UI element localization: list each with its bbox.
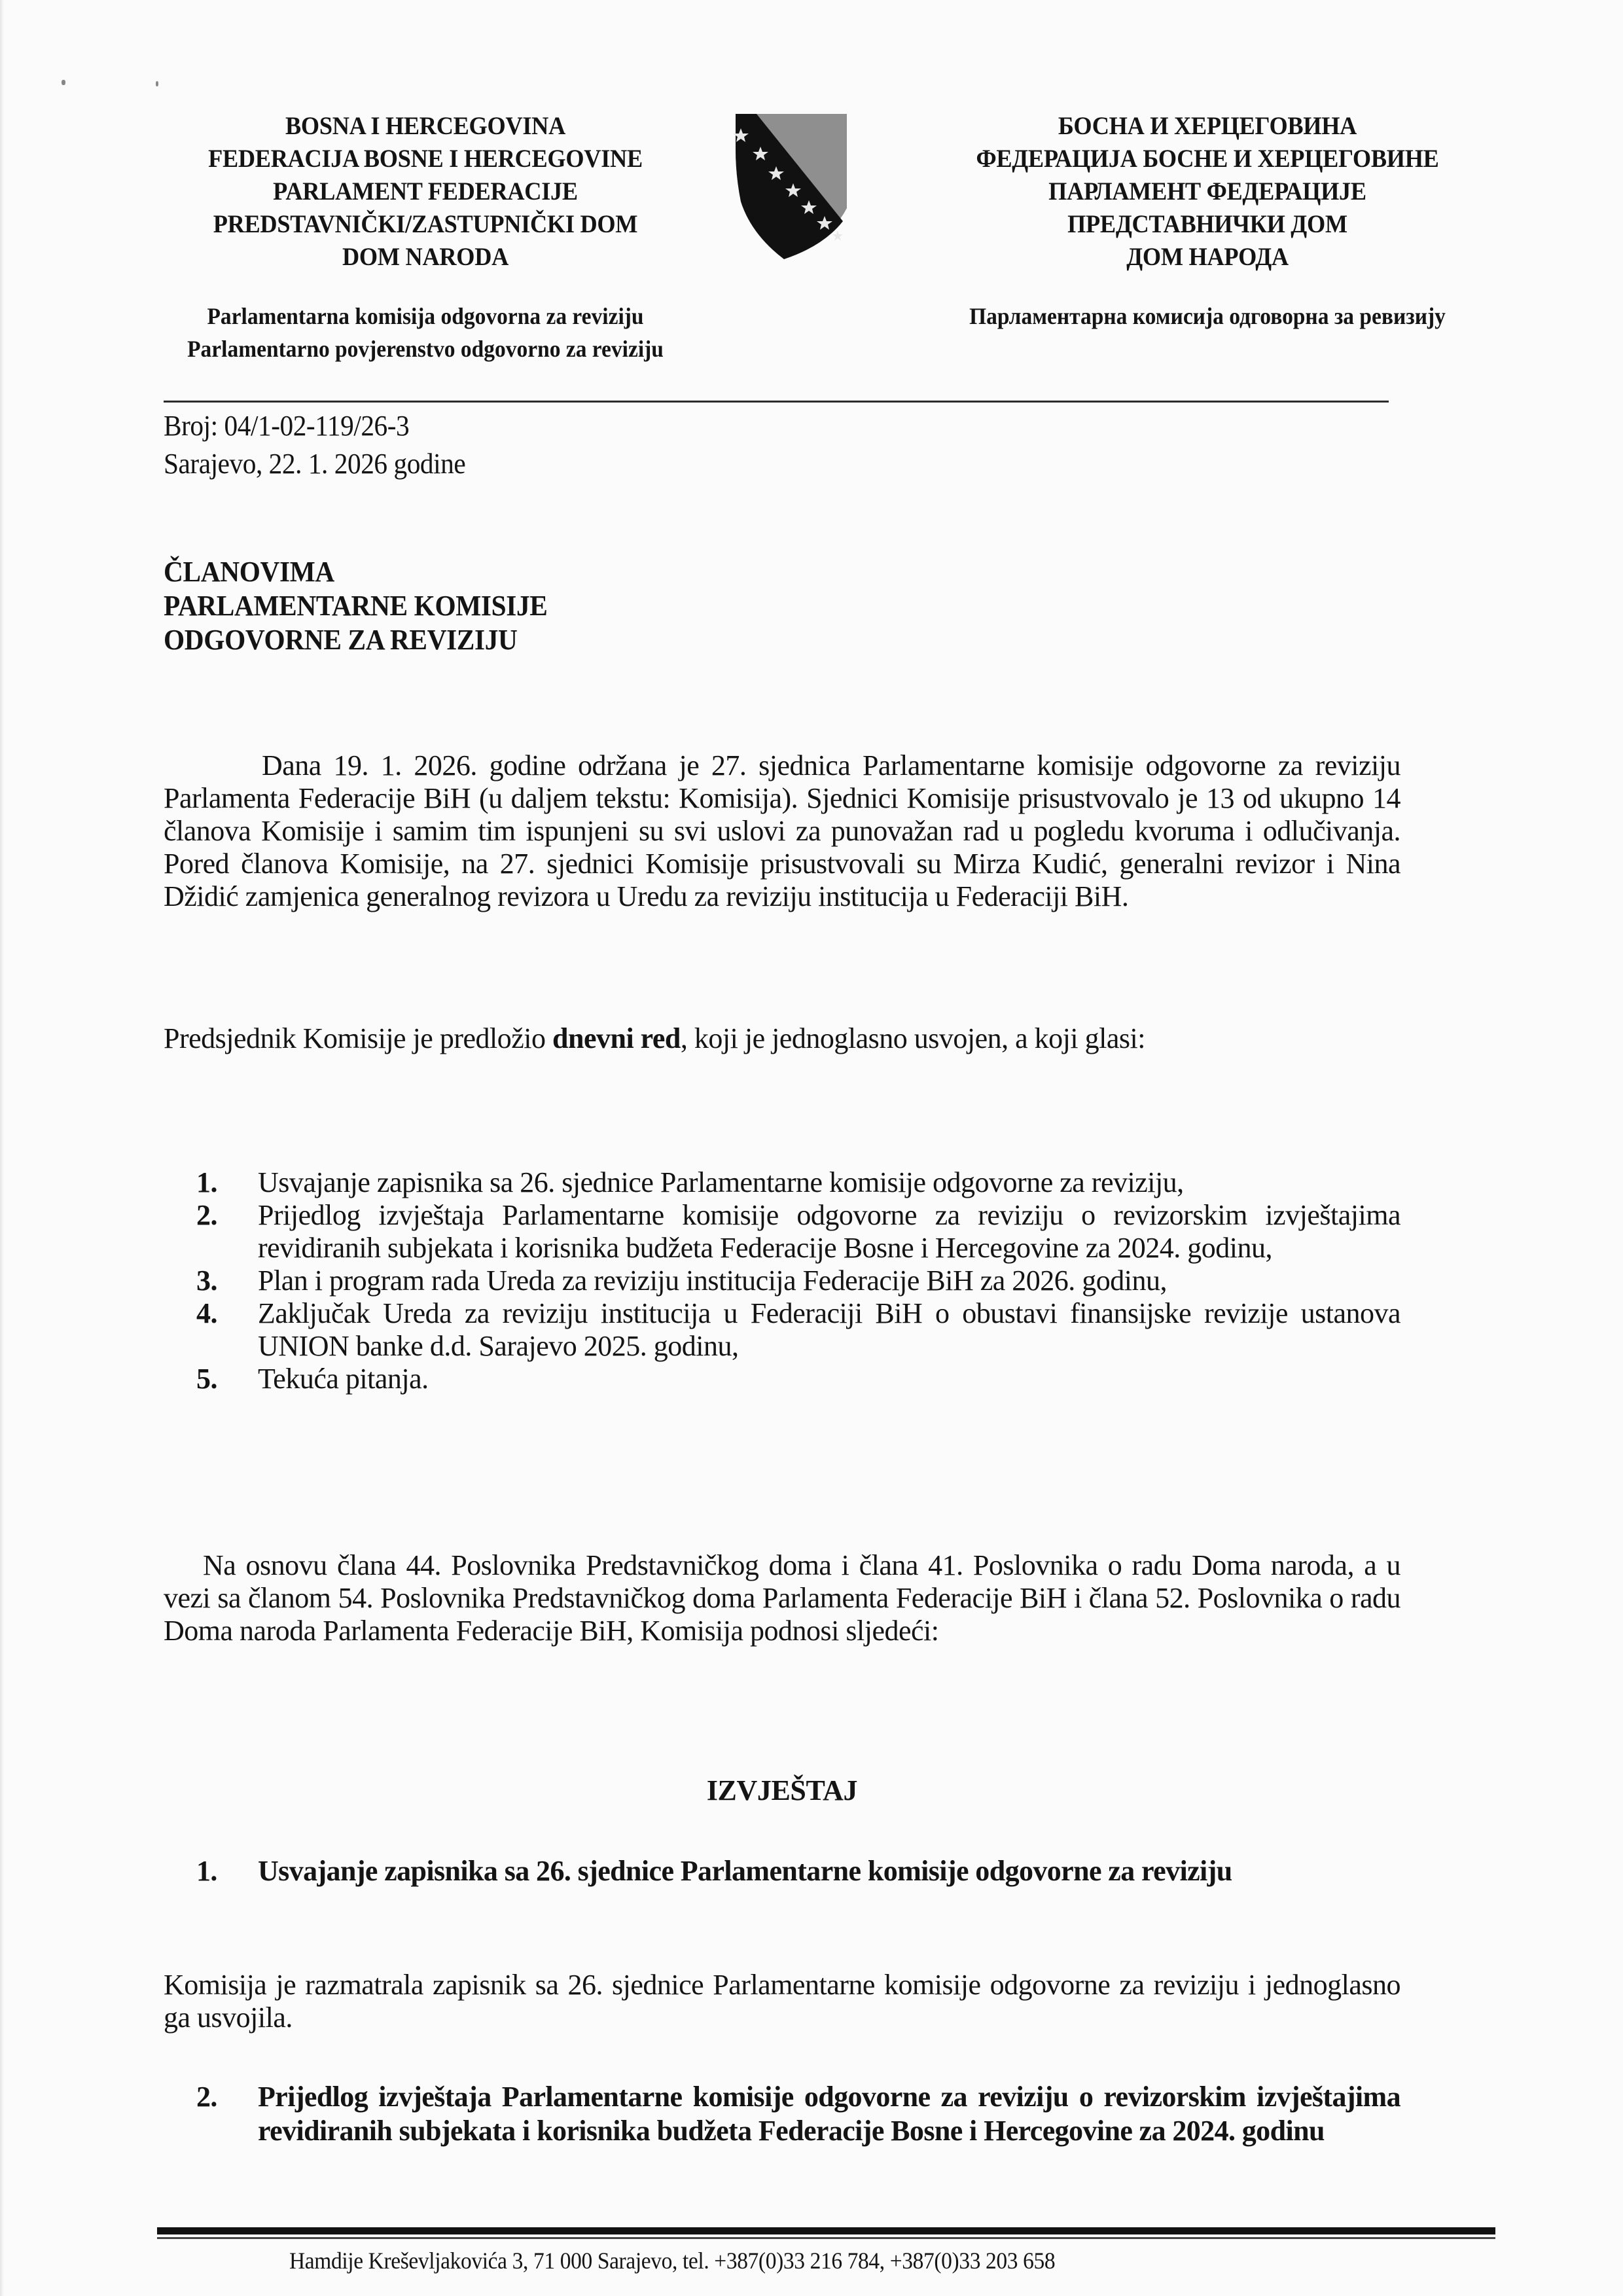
footer-divider-thin [157,2237,1495,2239]
header-divider [164,401,1389,403]
agenda-lead-bold: dnevni red [552,1022,681,1054]
agenda-item-text: Tekuća pitanja. [258,1363,1400,1395]
addressee-line: ČLANOVIMA [164,555,548,589]
letterhead-line: FEDERACIJA BOSNE I HERCEGOVINE [139,143,711,175]
addressee-line: ODGOVORNE ZA REVIZIJU [164,623,548,657]
agenda-item-number: 1. [196,1166,258,1199]
legal-basis-paragraph: Na osnovu člana 44. Poslovnika Predstavn… [164,1549,1400,1647]
scan-speck [62,80,65,85]
letterhead-line: PREDSTAVNIČKI/ZASTUPNIČKI DOM [139,208,711,241]
letterhead-line: БОСНА И ХЕРЦЕГОВИНА [900,110,1514,143]
report-section-heading: 1. Usvajanje zapisnika sa 26. sjednice P… [196,1854,1400,1888]
section-heading-text: Usvajanje zapisnika sa 26. sjednice Parl… [258,1854,1400,1888]
agenda-item-text: Zaključak Ureda za reviziju institucija … [258,1297,1400,1363]
footer-address: Hamdije Kreševljakovića 3, 71 000 Saraje… [289,2246,1055,2275]
committee-name-cyrillic: Парламентарна комисија одговорна за реви… [900,300,1514,332]
letterhead-line: ДОМ НАРОДА [900,241,1514,274]
agenda-item-text: Prijedlog izvještaja Parlamentarne komis… [258,1199,1400,1265]
legal-basis-text: Na osnovu člana 44. Poslovnika Predstavn… [164,1549,1400,1647]
document-date: Sarajevo, 22. 1. 2026 godine [164,445,465,483]
letterhead-line: PARLAMENT FEDERACIJE [139,175,711,208]
agenda-item-text: Usvajanje zapisnika sa 26. sjednice Parl… [258,1166,1400,1199]
agenda-item: 2.Prijedlog izvještaja Parlamentarne kom… [196,1199,1400,1265]
letterhead-line: BOSNA I HERCEGOVINA [139,110,711,143]
scan-speck [156,81,158,86]
document-reference: Broj: 04/1-02-119/26-3 Sarajevo, 22. 1. … [164,407,465,483]
committee-name-latin: Parlamentarna komisija odgovorna za revi… [127,300,723,365]
committee-line: Парламентарна комисија одговорна за реви… [900,300,1514,332]
agenda-lead: Predsjednik Komisije je predložio dnevni… [164,1022,1400,1055]
agenda-item: 3.Plan i program rada Ureda za reviziju … [196,1265,1400,1297]
letterhead-line: ПРЕДСТАВНИЧКИ ДОМ [900,208,1514,241]
agenda-item: 1.Usvajanje zapisnika sa 26. sjednice Pa… [196,1166,1400,1199]
agenda-item: 5.Tekuća pitanja. [196,1363,1400,1395]
agenda-list: 1.Usvajanje zapisnika sa 26. sjednice Pa… [196,1166,1400,1395]
report-section-body: Komisija je razmatrala zapisnik sa 26. s… [164,1969,1400,2034]
intro-paragraph: Dana 19. 1. 2026. godine održana je 27. … [164,749,1400,913]
report-title: IZVJEŠTAJ [164,1774,1400,1807]
letterhead-line: DOM NARODA [139,241,711,274]
report-section-heading: 2. Prijedlog izvještaja Parlamentarne ko… [196,2080,1400,2148]
agenda-item-number: 3. [196,1265,258,1297]
letterhead-latin: BOSNA I HERCEGOVINA FEDERACIJA BOSNE I H… [139,110,711,274]
coat-of-arms-icon [732,110,851,262]
footer-divider-thick [157,2227,1495,2234]
agenda-item: 4.Zaključak Ureda za reviziju institucij… [196,1297,1400,1363]
agenda-item-number: 4. [196,1297,258,1363]
section-number: 2. [196,2080,258,2148]
scan-edge-shadow [0,0,4,2296]
letterhead-line: ФЕДЕРАЦИЈА БОСНЕ И ХЕРЦЕГОВИНЕ [900,143,1514,175]
section-number: 1. [196,1854,258,1888]
addressee-line: PARLAMENTARNE KOMISIJE [164,589,548,623]
document-number: Broj: 04/1-02-119/26-3 [164,407,465,445]
committee-line: Parlamentarno povjerenstvo odgovorno za … [127,332,723,365]
letterhead-cyrillic: БОСНА И ХЕРЦЕГОВИНА ФЕДЕРАЦИЈА БОСНЕ И Х… [900,110,1514,274]
agenda-lead-text: , koji je jednoglasno usvojen, a koji gl… [681,1022,1145,1054]
addressee: ČLANOVIMA PARLAMENTARNE KOMISIJE ODGOVOR… [164,555,548,657]
agenda-item-text: Plan i program rada Ureda za reviziju in… [258,1265,1400,1297]
agenda-lead-text: Predsjednik Komisije je predložio [164,1022,552,1054]
section-heading-text: Prijedlog izvještaja Parlamentarne komis… [258,2080,1400,2148]
agenda-item-number: 5. [196,1363,258,1395]
agenda-item-number: 2. [196,1199,258,1265]
letterhead-line: ПАРЛАМЕНТ ФЕДЕРАЦИЈЕ [900,175,1514,208]
committee-line: Parlamentarna komisija odgovorna za revi… [127,300,723,332]
intro-text: Dana 19. 1. 2026. godine održana je 27. … [164,749,1400,912]
